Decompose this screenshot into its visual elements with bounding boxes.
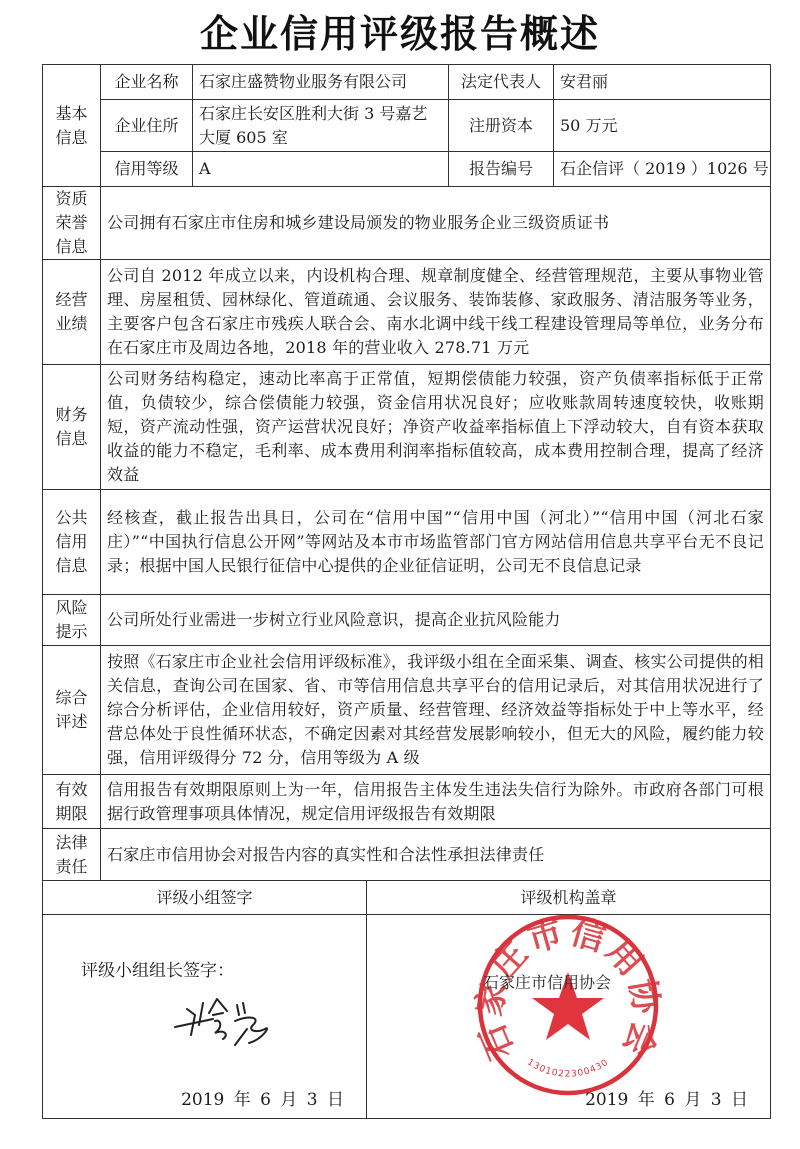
company-name-value: 石家庄盛赞物业服务有限公司 xyxy=(193,65,449,100)
address-label: 企业住所 xyxy=(101,100,193,152)
team-signature-cell: 评级小组组长签字： 2019 年 6 月 3 日 xyxy=(43,915,367,1119)
validity-text: 信用报告有效期限原则上为一年，信用报告主体发生违法失信行为除外。市政府各部门可根… xyxy=(101,775,771,829)
capital-value: 50 万元 xyxy=(554,100,771,152)
leader-signature-label: 评级小组组长签字： xyxy=(81,959,234,983)
qualification-text: 公司拥有石家庄市住房和城乡建设局颁发的物业服务企业三级资质证书 xyxy=(101,187,771,260)
company-name-label: 企业名称 xyxy=(101,65,193,100)
legal-rep-value: 安君丽 xyxy=(554,65,771,100)
address-value: 石家庄长安区胜利大街 3 号嘉艺大厦 605 室 xyxy=(193,100,449,152)
credit-grade-value: A xyxy=(193,152,449,187)
handwritten-signature-icon xyxy=(165,989,285,1049)
team-signature-date: 2019 年 6 月 3 日 xyxy=(181,1088,344,1112)
financial-info-label: 财务信息 xyxy=(43,365,101,490)
summary-text: 按照《石家庄市企业社会信用评级标准》，我评级小组在全面采集、调查、核实公司提供的… xyxy=(101,646,771,775)
basic-info-category: 基本信息 xyxy=(43,65,101,187)
team-signature-header: 评级小组签字 xyxy=(43,881,367,915)
financial-info-text: 公司财务结构稳定，速动比率高于正常值，短期偿债能力较强，资产负债率指标低于正常值… xyxy=(101,365,771,490)
org-seal-date: 2019 年 6 月 3 日 xyxy=(585,1088,748,1112)
risk-warning-text: 公司所处行业需进一步树立行业风险意识，提高企业抗风险能力 xyxy=(101,595,771,646)
page-title: 企业信用评级报告概述 xyxy=(0,8,800,60)
org-seal-cell: 石家庄市信用协会 1301022300430 石家庄市信用协会 2019 年 6… xyxy=(367,915,771,1119)
official-seal-icon: 石家庄市信用协会 1301022300430 xyxy=(473,910,663,1100)
risk-warning-label: 风险提示 xyxy=(43,595,101,646)
summary-label: 综合评述 xyxy=(43,646,101,775)
public-credit-label: 公共信用信息 xyxy=(43,490,101,595)
legal-rep-label: 法定代表人 xyxy=(449,65,554,100)
signature-table: 评级小组签字 评级机构盖章 评级小组组长签字： 2019 年 6 月 3 日 xyxy=(42,880,771,1119)
legal-liability-label: 法律责任 xyxy=(43,829,101,881)
validity-label: 有效期限 xyxy=(43,775,101,829)
report-no-value: 石企信评（ 2019 ）1026 号 xyxy=(554,152,771,187)
capital-label: 注册资本 xyxy=(449,100,554,152)
report-no-label: 报告编号 xyxy=(449,152,554,187)
legal-liability-text: 石家庄市信用协会对报告内容的真实性和合法性承担法律责任 xyxy=(101,829,771,881)
org-name: 石家庄市信用协会 xyxy=(483,971,611,995)
business-performance-text: 公司自 2012 年成立以来，内设机构合理、规章制度健全、经营管理规范，主要从事… xyxy=(101,260,771,365)
qualification-label: 资质荣誉信息 xyxy=(43,187,101,260)
business-performance-label: 经营业绩 xyxy=(43,260,101,365)
svg-text:1301022300430: 1301022300430 xyxy=(525,1058,611,1080)
public-credit-text: 经核查，截止报告出具日，公司在“信用中国”“信用中国（河北）”“信用中国（河北石… xyxy=(101,490,771,595)
report-table: 基本信息 企业名称 石家庄盛赞物业服务有限公司 法定代表人 安君丽 企业住所 石… xyxy=(42,64,771,881)
credit-grade-label: 信用等级 xyxy=(101,152,193,187)
